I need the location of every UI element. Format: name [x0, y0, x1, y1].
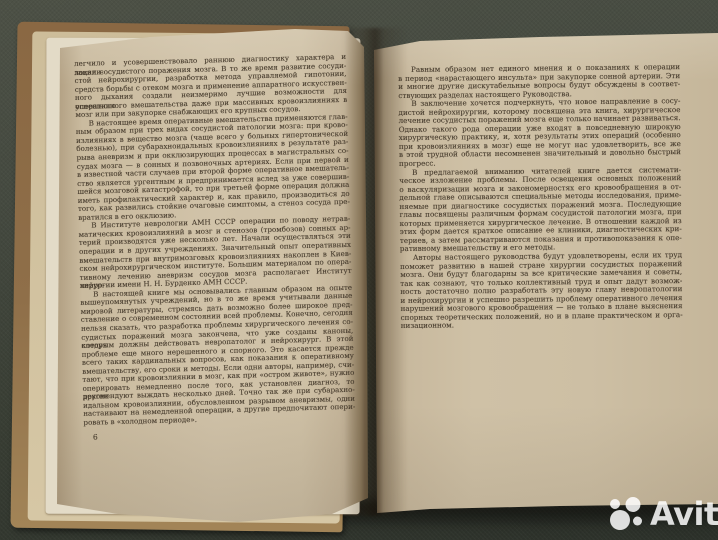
right-page-text: Равным образом нет единого мнения и о по…: [398, 63, 683, 331]
avito-wordmark: Avito: [650, 498, 718, 530]
paragraph: Равным образом нет единого мнения и о по…: [398, 63, 680, 100]
paragraph: В настоящее время оперативные вмешательс…: [76, 113, 351, 223]
avito-watermark: Avito: [601, 492, 718, 536]
paragraph: В предлагаемой вниманию читателей книге …: [399, 166, 682, 254]
paragraph: Авторы настоящего руководства будут удов…: [400, 251, 683, 331]
left-page-text: легчило и усовершенствовало раннюю диагн…: [74, 53, 356, 442]
paragraph: В Институте неврологии АМН СССР операции…: [78, 215, 352, 290]
paragraph: легчило и усовершенствовало раннюю диагн…: [74, 53, 347, 120]
left-page-paragraphs: легчило и усовершенствовало раннюю диагн…: [74, 53, 356, 428]
right-page-paragraphs: Равным образом нет единого мнения и о по…: [398, 63, 683, 331]
paragraph: В заключение хочется подчеркнуть, что но…: [398, 97, 681, 168]
avito-logo-icon: [601, 492, 647, 536]
paragraph: В настоящей книге мы основывались главны…: [80, 284, 355, 428]
